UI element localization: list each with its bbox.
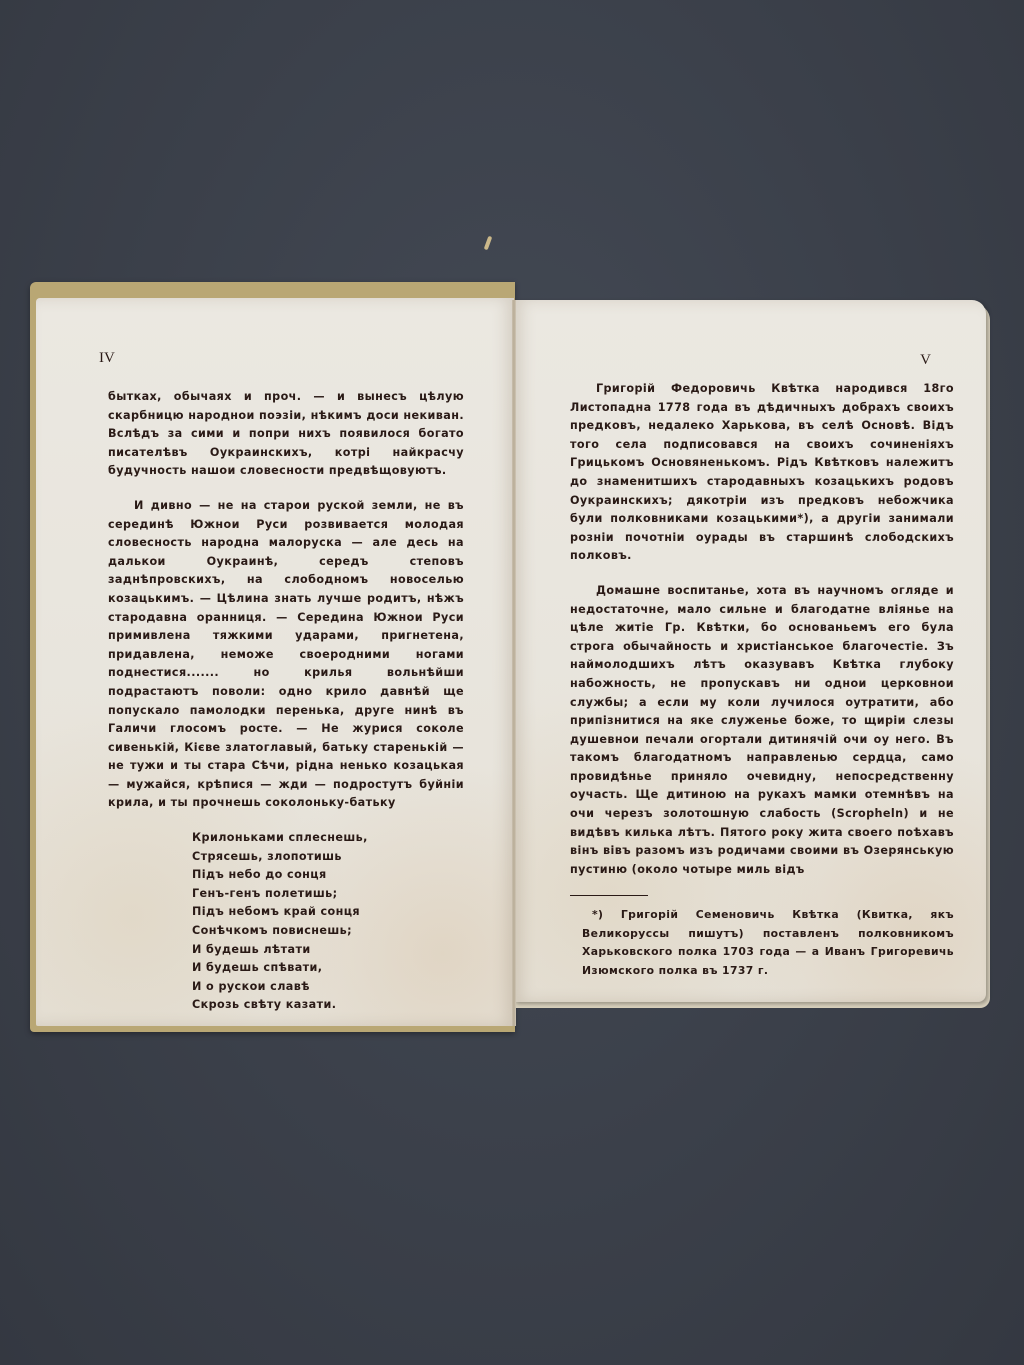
- paragraph: бытках, обычаях и проч. — и вынесъ цѣлую…: [108, 388, 464, 481]
- page-number-left: IV: [99, 350, 115, 367]
- poem-line: И будешь спѣвати,: [192, 959, 464, 978]
- poem: Крилоньками сплеснешь, Стрясешь, злопоти…: [192, 829, 464, 1015]
- poem-line: Скрозь свѣту казати.: [192, 996, 464, 1015]
- right-page-text: Григорій Федоровичь Квѣтка народився 18г…: [570, 380, 954, 996]
- left-page-text: бытках, обычаях и проч. — и вынесъ цѣлую…: [108, 388, 464, 1015]
- page-number-right: V: [920, 352, 931, 369]
- paragraph: Домашне воспитанье, хота въ научномъ огл…: [570, 582, 954, 880]
- poem-line: Генъ-генъ полетишь;: [192, 885, 464, 904]
- poem-line: Підъ небо до сонця: [192, 866, 464, 885]
- poem-line: Стрясешь, злопотишь: [192, 848, 464, 867]
- poem-line: Сонѣчкомъ повиснешь;: [192, 922, 464, 941]
- paragraph: Григорій Федоровичь Квѣтка народився 18г…: [570, 380, 954, 566]
- open-book: IV бытках, обычаях и проч. — и вынесъ цѣ…: [30, 282, 990, 1032]
- poem-line: Підъ небомъ край сонця: [192, 903, 464, 922]
- background-speck: [484, 236, 493, 251]
- poem-line: И будешь лѣтати: [192, 941, 464, 960]
- poem-line: Крилоньками сплеснешь,: [192, 829, 464, 848]
- paragraph: И дивно — не на старои руской земли, не …: [108, 497, 464, 813]
- book-gutter: [512, 300, 516, 1026]
- left-page: IV бытках, обычаях и проч. — и вынесъ цѣ…: [36, 298, 514, 1026]
- footnote-divider: [570, 895, 648, 896]
- right-page: V Григорій Федоровичь Квѣтка народився 1…: [514, 300, 986, 1002]
- footnote: *) Григорій Семеновичь Квѣтка (Квитка, я…: [570, 906, 954, 980]
- poem-line: И о рускои славѣ: [192, 978, 464, 997]
